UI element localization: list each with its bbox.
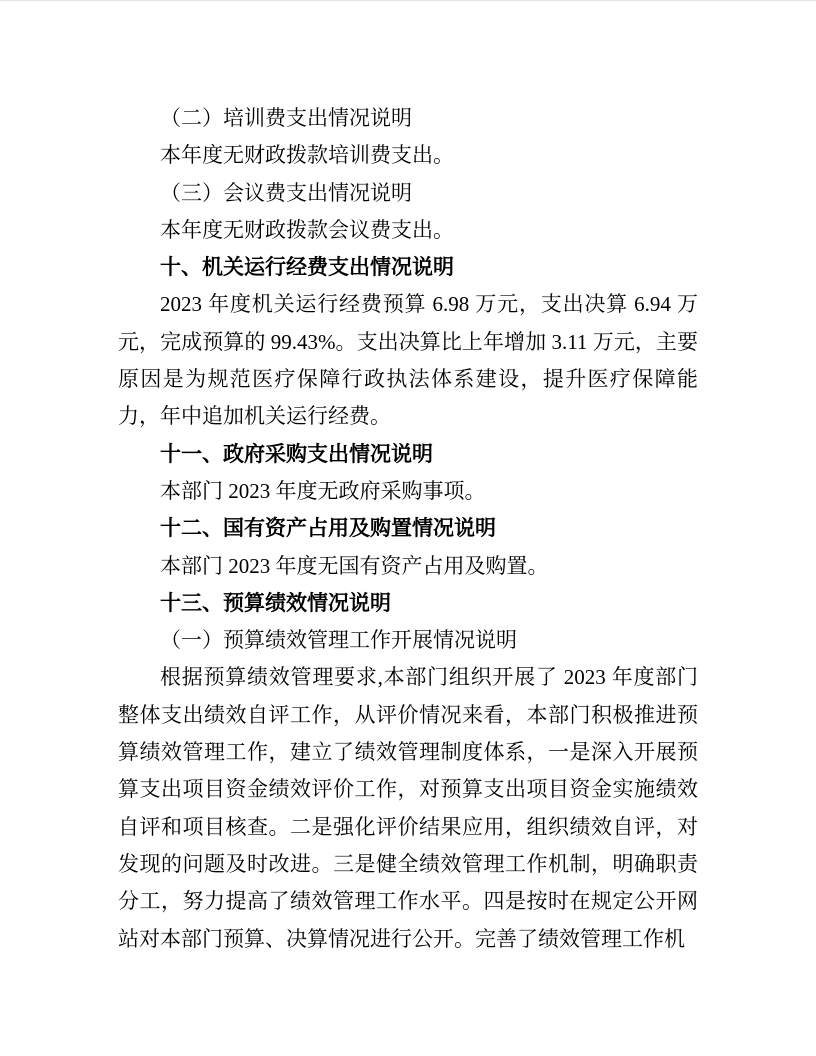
section-heading: 十、机关运行经费支出情况说明 [118,249,698,286]
section-heading: 十二、国有资产占用及购置情况说明 [118,510,698,547]
section-subheading: （一）预算绩效管理工作开展情况说明 [118,622,698,659]
section-subheading: （三）会议费支出情况说明 [118,175,698,212]
section-heading: 十三、预算绩效情况说明 [118,585,698,622]
body-paragraph: 本年度无财政拨款培训费支出。 [118,137,698,174]
document-page: （二）培训费支出情况说明 本年度无财政拨款培训费支出。 （三）会议费支出情况说明… [0,0,816,1056]
body-paragraph: 根据预算绩效管理要求,本部门组织开展了 2023 年度部门整体支出绩效自评工作，… [118,659,698,957]
body-paragraph: 本年度无财政拨款会议费支出。 [118,212,698,249]
section-heading: 十一、政府采购支出情况说明 [118,436,698,473]
body-paragraph: 2023 年度机关运行经费预算 6.98 万元，支出决算 6.94 万元，完成预… [118,286,698,435]
body-paragraph: 本部门 2023 年度无国有资产占用及购置。 [118,548,698,585]
body-paragraph: 本部门 2023 年度无政府采购事项。 [118,473,698,510]
section-subheading: （二）培训费支出情况说明 [118,100,698,137]
